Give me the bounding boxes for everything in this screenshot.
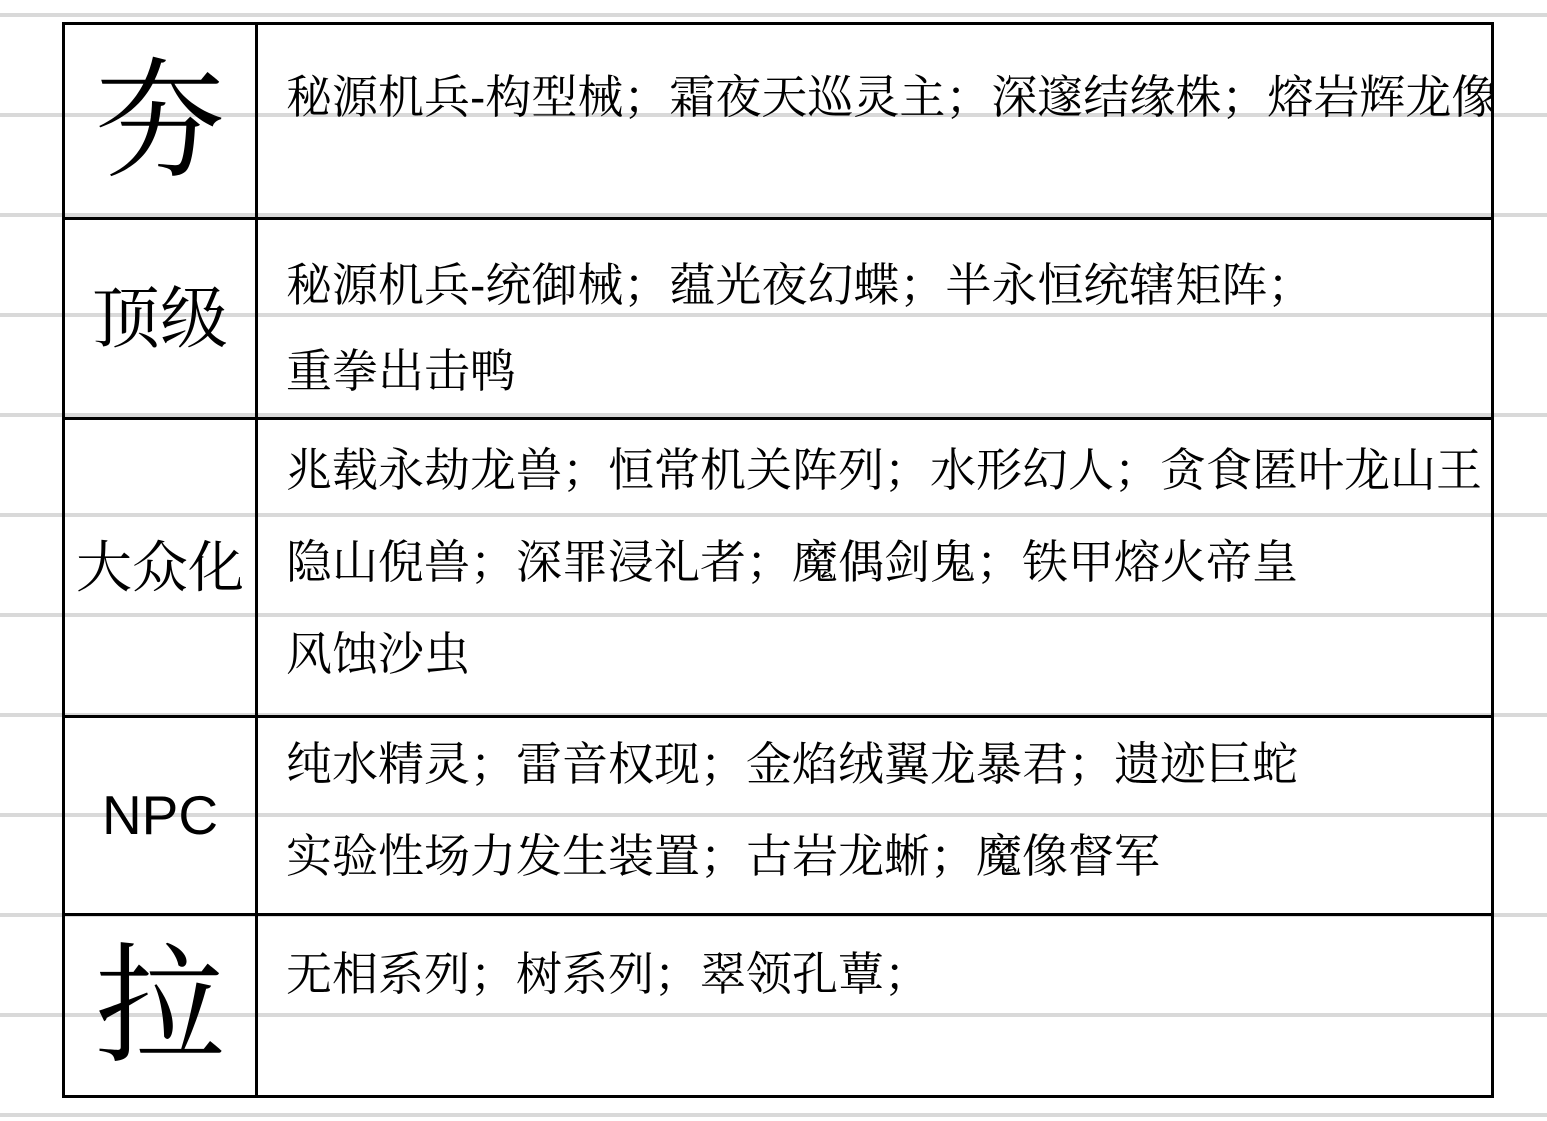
document-page: 夯 秘源机兵-构型械；霜夜天巡灵主；深邃结缘株；熔岩辉龙像 顶级 秘源机兵-统御… [0,0,1547,1121]
tier-label: 大众化 [76,540,244,596]
tier-content-cell: 秘源机兵-构型械；霜夜天巡灵主；深邃结缘株；熔岩辉龙像 [258,25,1491,217]
tier-label: NPC [102,788,218,843]
tier-content-cell: 无相系列；树系列；翠领孔蕈； [258,916,1491,1095]
boss-list-line: 秘源机兵-统御械；蕴光夜幻蝶；半永恒统辖矩阵； [286,242,1481,328]
tier-label: 顶级 [92,285,228,353]
tier-label: 拉 [95,941,225,1071]
boss-list-line: 风蚀沙虫 [286,608,1481,700]
tier-label-cell: 顶级 [65,220,258,417]
tier-label-cell: 拉 [65,916,258,1095]
boss-list-line: 秘源机兵-构型械；霜夜天巡灵主；深邃结缘株；熔岩辉龙像 [286,51,1481,143]
tier-label: 夯 [95,56,225,186]
boss-list-line: 纯水精灵；雷音权现；金焰绒翼龙暴君；遗迹巨蛇 [286,718,1481,810]
boss-list-line: 无相系列；树系列；翠领孔蕈； [286,928,1481,1020]
tier-content-cell: 秘源机兵-统御械；蕴光夜幻蝶；半永恒统辖矩阵； 重拳出击鸭 [258,220,1491,417]
table-row: NPC 纯水精灵；雷音权现；金焰绒翼龙暴君；遗迹巨蛇 实验性场力发生装置；古岩龙… [65,718,1491,916]
boss-list-line: 兆载永劫龙兽；恒常机关阵列；水形幻人；贪食匿叶龙山王 [286,424,1481,516]
tier-content-cell: 纯水精灵；雷音权现；金焰绒翼龙暴君；遗迹巨蛇 实验性场力发生装置；古岩龙蜥；魔像… [258,718,1491,913]
table-row: 夯 秘源机兵-构型械；霜夜天巡灵主；深邃结缘株；熔岩辉龙像 [65,25,1491,220]
table-row: 大众化 兆载永劫龙兽；恒常机关阵列；水形幻人；贪食匿叶龙山王 隐山倪兽；深罪浸礼… [65,420,1491,718]
tier-content-cell: 兆载永劫龙兽；恒常机关阵列；水形幻人；贪食匿叶龙山王 隐山倪兽；深罪浸礼者；魔偶… [258,420,1491,715]
table-row: 拉 无相系列；树系列；翠领孔蕈； [65,916,1491,1095]
tier-label-cell: 大众化 [65,420,258,715]
tier-label-cell: 夯 [65,25,258,217]
boss-list-line: 重拳出击鸭 [286,328,1481,414]
table-row: 顶级 秘源机兵-统御械；蕴光夜幻蝶；半永恒统辖矩阵； 重拳出击鸭 [65,220,1491,420]
boss-list-line: 实验性场力发生装置；古岩龙蜥；魔像督军 [286,810,1481,902]
boss-list-line: 隐山倪兽；深罪浸礼者；魔偶剑鬼；铁甲熔火帝皇 [286,516,1481,608]
tier-label-cell: NPC [65,718,258,913]
tier-table: 夯 秘源机兵-构型械；霜夜天巡灵主；深邃结缘株；熔岩辉龙像 顶级 秘源机兵-统御… [62,22,1494,1098]
